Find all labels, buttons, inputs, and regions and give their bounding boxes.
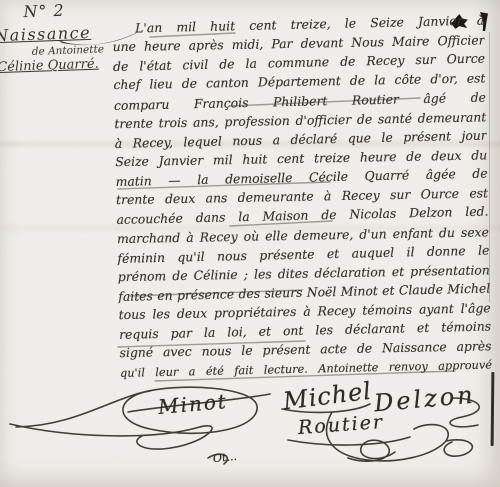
margin-child-name: Célinie Quarré. (0, 57, 99, 76)
page-edge-mark (491, 372, 495, 446)
margin-title: Naissance (0, 23, 91, 45)
margin-subtitle: de Antoinette (32, 43, 105, 58)
signature-paraph-mark: Ot... (212, 450, 237, 465)
signature-minot: Minot (157, 389, 229, 419)
handwritten-body: L'an mil huit cent treize, le Seize Janv… (112, 11, 492, 383)
signature-routier: Routier (297, 411, 384, 439)
signature-delzon: Delzon (373, 381, 477, 418)
scanned-birth-record: N° 2 Naissance de Antoinette Célinie Qua… (0, 0, 500, 487)
signature-michel: Michel (282, 377, 374, 416)
act-number: N° 2 (23, 1, 65, 21)
